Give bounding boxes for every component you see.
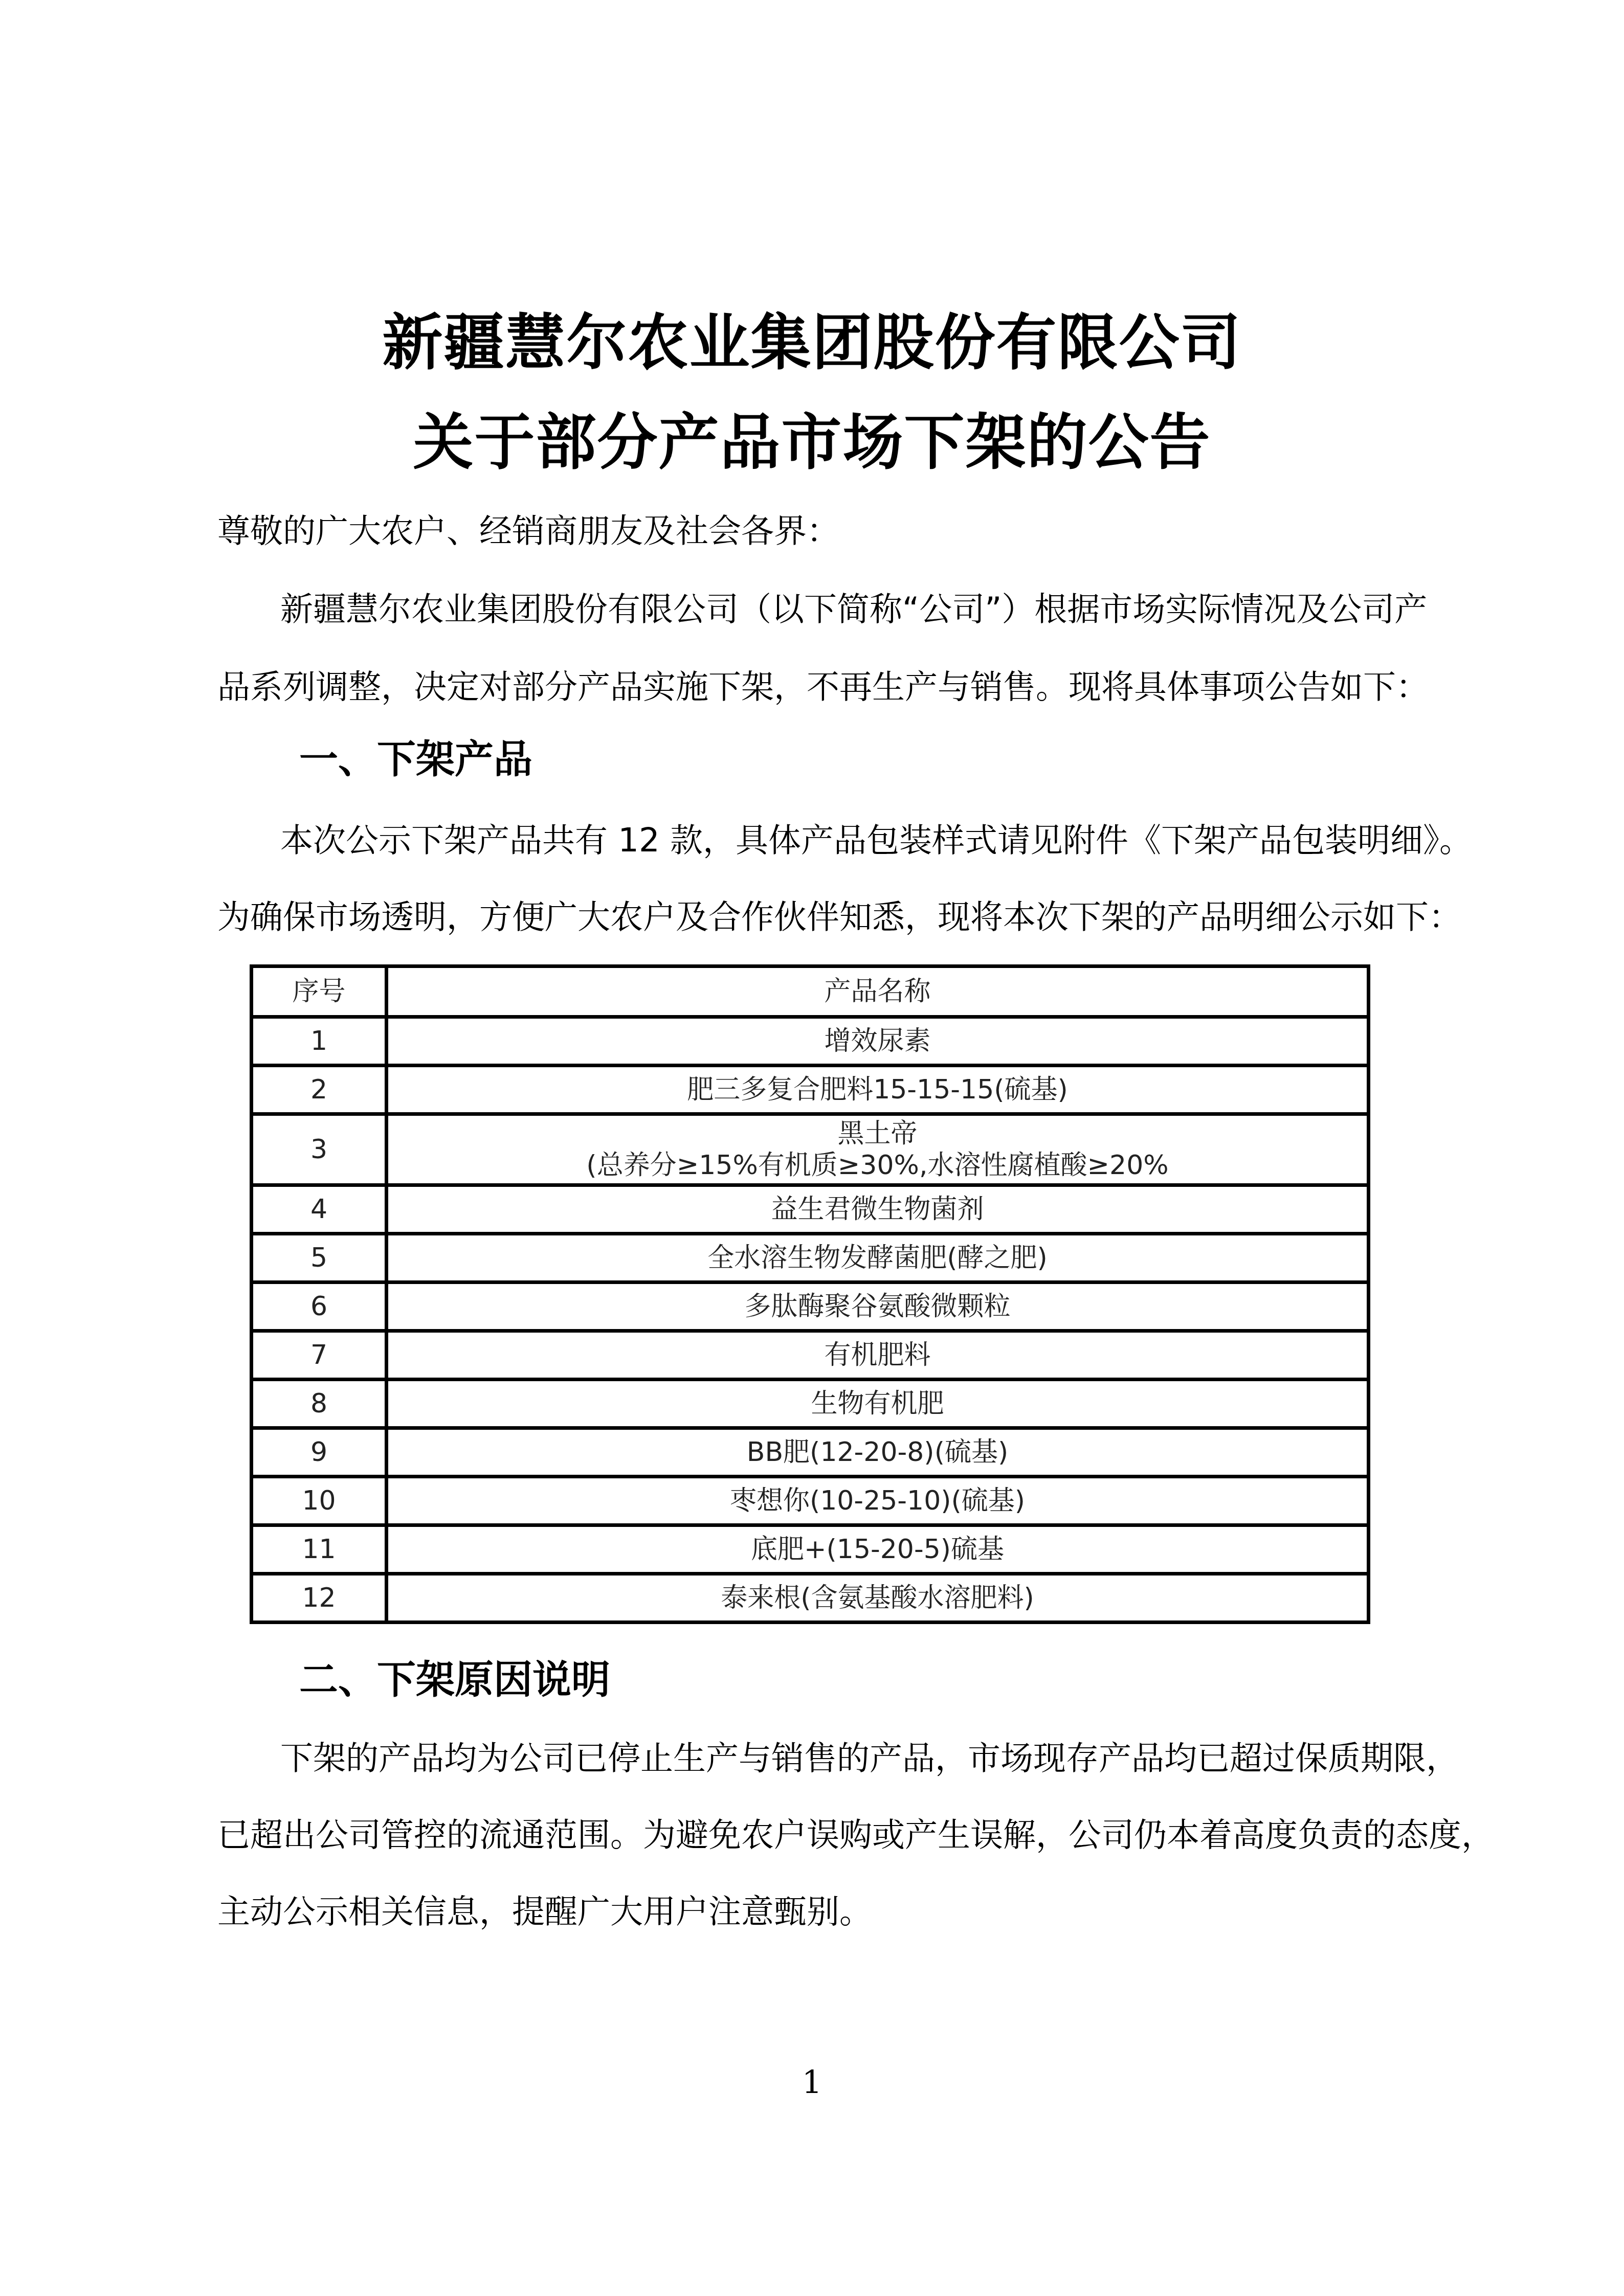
table-row: 11 底肥+(15-20-5)硫基	[252, 1525, 1369, 1574]
row-serial: 5	[252, 1234, 387, 1282]
section2-paragraph-line-1: 下架的产品均为公司已停止生产与销售的产品，市场现存产品均已超过保质期限，	[280, 1739, 1472, 1779]
table-row: 1 增效尿素	[252, 1017, 1369, 1066]
section-heading-products: 一、下架产品	[299, 736, 532, 782]
page-number: 1	[0, 2063, 1624, 2101]
row-serial: 2	[252, 1066, 387, 1114]
row-product-name: 多肽酶聚谷氨酸微颗粒	[387, 1282, 1369, 1331]
row-serial: 11	[252, 1525, 387, 1574]
row-product-name: 增效尿素	[387, 1017, 1369, 1066]
row-serial: 4	[252, 1185, 387, 1234]
document-title-company: 新疆慧尔农业集团股份有限公司	[0, 307, 1624, 378]
intro-paragraph-line-1: 新疆慧尔农业集团股份有限公司（以下简称“公司”）根据市场实际情况及公司产	[280, 590, 1472, 629]
section2-paragraph-line-2: 已超出公司管控的流通范围。为避免农户误购或产生误解，公司仍本着高度负责的态度，	[217, 1815, 1409, 1855]
row-serial: 12	[252, 1574, 387, 1623]
table-row: 10 枣想你(10-25-10)(硫基)	[252, 1477, 1369, 1525]
row-serial: 10	[252, 1477, 387, 1525]
delisted-products-table: 序号 产品名称 1 增效尿素 2 肥三多复合肥料15-15-15(硫基) 3 黑…	[250, 964, 1370, 1624]
section-heading-reasons: 二、下架原因说明	[299, 1657, 610, 1703]
intro-paragraph-line-2: 品系列调整，决定对部分产品实施下架，不再生产与销售。现将具体事项公告如下：	[217, 667, 1409, 707]
header-serial-number: 序号	[252, 966, 387, 1017]
row-serial: 7	[252, 1331, 387, 1380]
document-page: 新疆慧尔农业集团股份有限公司 关于部分产品市场下架的公告 尊敬的广大农户、经销商…	[0, 0, 1624, 2296]
row-product-name: 全水溶生物发酵菌肥(酵之肥)	[387, 1234, 1369, 1282]
table-row: 6 多肽酶聚谷氨酸微颗粒	[252, 1282, 1369, 1331]
row-product-name-cell: 黑土帝 (总养分≥15%有机质≥30%,水溶性腐植酸≥20%	[387, 1114, 1369, 1185]
section2-paragraph-line-3: 主动公示相关信息，提醒广大用户注意甄别。	[217, 1892, 1409, 1932]
table-row: 3 黑土帝 (总养分≥15%有机质≥30%,水溶性腐植酸≥20%	[252, 1114, 1369, 1185]
row-product-name: 生物有机肥	[387, 1380, 1369, 1428]
header-product-name: 产品名称	[387, 966, 1369, 1017]
row-product-spec: (总养分≥15%有机质≥30%,水溶性腐植酸≥20%	[388, 1150, 1367, 1181]
row-serial: 1	[252, 1017, 387, 1066]
table-row: 2 肥三多复合肥料15-15-15(硫基)	[252, 1066, 1369, 1114]
salutation: 尊敬的广大农户、经销商朋友及社会各界：	[217, 511, 1409, 551]
section1-paragraph-line-1: 本次公示下架产品共有 12 款，具体产品包装样式请见附件《下架产品包装明细》。	[280, 821, 1472, 861]
row-serial: 6	[252, 1282, 387, 1331]
row-product-name: 有机肥料	[387, 1331, 1369, 1380]
row-serial: 3	[252, 1114, 387, 1185]
table-row: 9 BB肥(12-20-8)(硫基)	[252, 1428, 1369, 1477]
table-row: 12 泰来根(含氨基酸水溶肥料)	[252, 1574, 1369, 1623]
table-row: 8 生物有机肥	[252, 1380, 1369, 1428]
table-row: 4 益生君微生物菌剂	[252, 1185, 1369, 1234]
section1-paragraph-line-2: 为确保市场透明，方便广大农户及合作伙伴知悉，现将本次下架的产品明细公示如下：	[217, 897, 1409, 937]
row-product-name: 枣想你(10-25-10)(硫基)	[387, 1477, 1369, 1525]
row-product-name: 益生君微生物菌剂	[387, 1185, 1369, 1234]
table-header-row: 序号 产品名称	[252, 966, 1369, 1017]
row-product-name: 底肥+(15-20-5)硫基	[387, 1525, 1369, 1574]
table-row: 7 有机肥料	[252, 1331, 1369, 1380]
row-serial: 9	[252, 1428, 387, 1477]
document-title-subject: 关于部分产品市场下架的公告	[0, 407, 1624, 478]
row-product-name: BB肥(12-20-8)(硫基)	[387, 1428, 1369, 1477]
row-product-name: 泰来根(含氨基酸水溶肥料)	[387, 1574, 1369, 1623]
row-product-name: 黑土帝	[388, 1118, 1367, 1150]
row-product-name: 肥三多复合肥料15-15-15(硫基)	[387, 1066, 1369, 1114]
row-serial: 8	[252, 1380, 387, 1428]
table-row: 5 全水溶生物发酵菌肥(酵之肥)	[252, 1234, 1369, 1282]
